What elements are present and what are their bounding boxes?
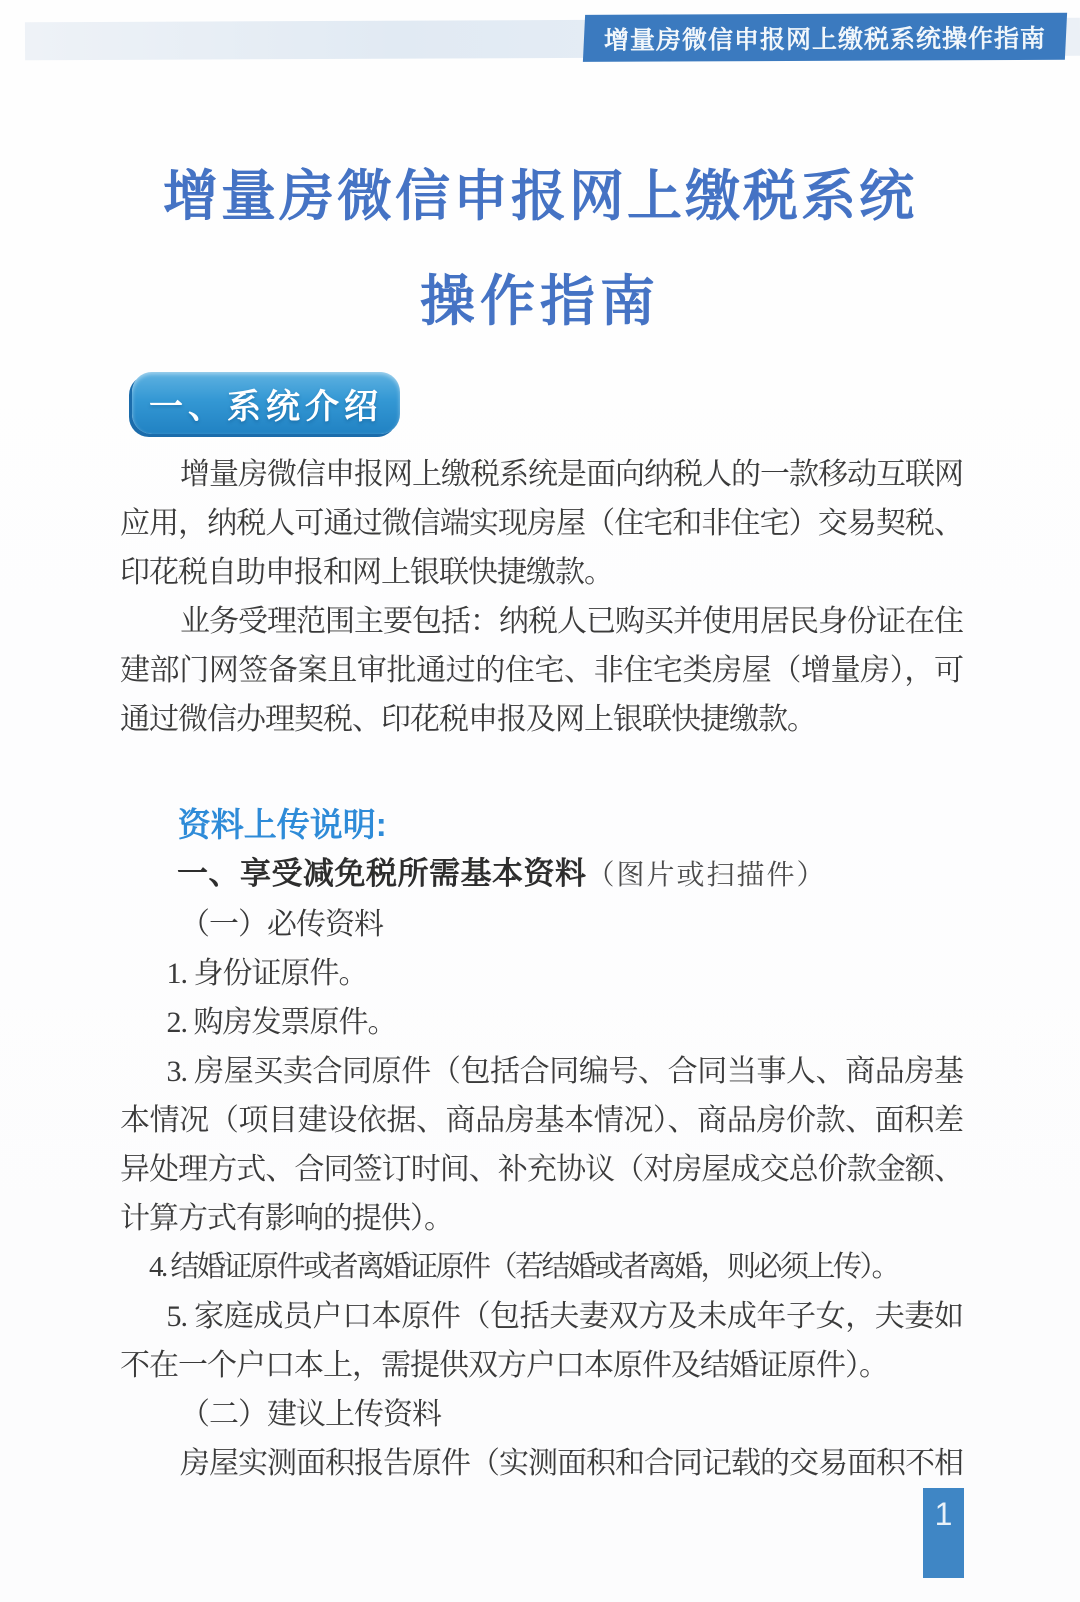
required-group-title: （一）必传资料 [120, 900, 963, 949]
document-title-line2: 操作指南 [0, 257, 1080, 336]
suggested-item-text: 房屋实测面积报告原件（实测面积和合同记载的交易面积不相 [120, 1439, 963, 1488]
document-title-line1: 增量房微信申报网上缴税系统 [0, 152, 1080, 231]
header-banner-text: 增量房微信申报网上缴税系统操作指南 [604, 18, 1046, 56]
required-item-4: 4. 结婚证原件或者离婚证原件（若结婚或者离婚，则必须上传）。 [120, 1243, 963, 1292]
suggested-group-title: （二）建议上传资料 [120, 1390, 963, 1439]
document-title: 增量房微信申报网上缴税系统 操作指南 [0, 152, 1080, 336]
page-number: 1 [935, 1496, 953, 1532]
intro-paragraph-1: 增量房微信申报网上缴税系统是面向纳税人的一款移动互联网应用，纳税人可通过微信端实… [120, 450, 963, 597]
document-page: 增量房微信申报网上缴税系统操作指南 增量房微信申报网上缴税系统 操作指南 一、系… [0, 0, 1080, 1602]
required-item-2: 2. 购房发票原件。 [120, 998, 963, 1047]
intro-paragraph-2: 业务受理范围主要包括：纳税人已购买并使用居民身份证在住建部门网签备案且审批通过的… [120, 597, 963, 744]
header-band: 增量房微信申报网上缴税系统操作指南 [25, 18, 1080, 61]
required-item-5: 5. 家庭成员户口本原件（包括夫妻双方及未成年子女，夫妻如不在一个户口本上，需提… [120, 1292, 963, 1390]
upload-subheading-bold: 一、享受减免税所需基本资料 [177, 856, 587, 891]
section-badge: 一、系统介绍 [132, 372, 400, 434]
upload-subheading: 一、享受减免税所需基本资料（图片或扫描件） [120, 849, 963, 900]
upload-subheading-note: （图片或扫描件） [587, 860, 827, 891]
required-item-1: 1. 身份证原件。 [120, 949, 963, 998]
header-banner: 增量房微信申报网上缴税系统操作指南 [583, 13, 1067, 62]
document-body: 增量房微信申报网上缴税系统是面向纳税人的一款移动互联网应用，纳税人可通过微信端实… [120, 450, 963, 1488]
upload-section-heading: 资料上传说明: [120, 800, 963, 849]
section-badge-label: 一、系统介绍 [149, 379, 383, 428]
page-number-badge: 1 [923, 1488, 964, 1578]
required-item-3: 3. 房屋买卖合同原件（包括合同编号、合同当事人、商品房基本情况（项目建设依据、… [120, 1047, 963, 1243]
